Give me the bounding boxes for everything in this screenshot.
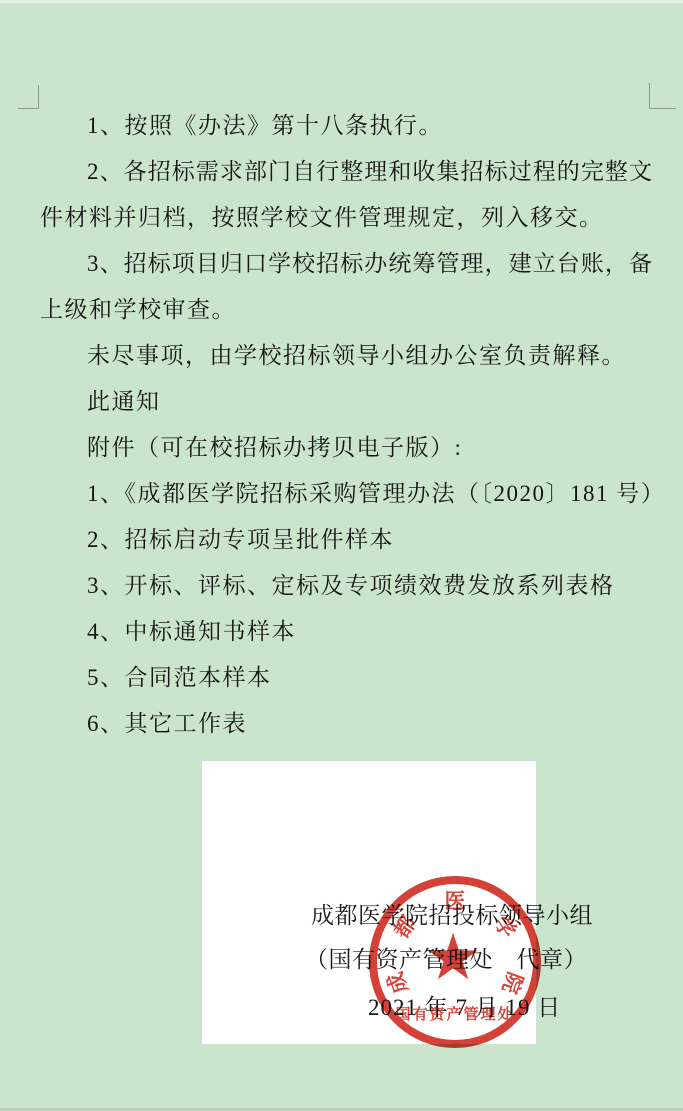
- seal-star-icon: ★: [424, 926, 481, 990]
- text-line: 2、各招标需求部门自行整理和收集招标过程的完整文: [40, 149, 652, 195]
- text-line: 此通知: [40, 379, 652, 425]
- document-body: 1、按照《办法》第十八条执行。2、各招标需求部门自行整理和收集招标过程的完整文件…: [40, 103, 652, 747]
- margin-crop-mark-top-left: [18, 85, 39, 109]
- text-line: 未尽事项，由学校招标领导小组办公室负责解释。: [40, 333, 652, 379]
- seal-bottom-text: 国有资产管理处: [395, 1003, 514, 1024]
- text-line: 2、招标启动专项呈批件样本: [40, 517, 652, 563]
- official-seal: ★ 成都医学院 国有资产管理处: [369, 876, 541, 1048]
- text-line: 上级和学校审查。: [40, 287, 652, 333]
- page-top-edge: [0, 0, 683, 3]
- text-line: 6、其它工作表: [40, 701, 652, 747]
- text-line: 件材料并归档，按照学校文件管理规定，列入移交。: [40, 195, 652, 241]
- text-line: 1、按照《办法》第十八条执行。: [40, 103, 652, 149]
- text-line: 3、招标项目归口学校招标办统筹管理，建立台账，备: [40, 241, 652, 287]
- text-line: 4、中标通知书样本: [40, 609, 652, 655]
- document-page: 1、按照《办法》第十八条执行。2、各招标需求部门自行整理和收集招标过程的完整文件…: [0, 0, 683, 1111]
- seal-arc-char: 医: [444, 890, 466, 912]
- text-line: 1、《成都医学院招标采购管理办法（〔2020〕181 号）: [40, 471, 652, 517]
- text-line: 3、开标、评标、定标及专项绩效费发放系列表格: [40, 563, 652, 609]
- margin-crop-mark-top-right: [649, 83, 676, 109]
- text-line: 附件（可在校招标办拷贝电子版）:: [40, 425, 652, 471]
- text-line: 5、合同范本样本: [40, 655, 652, 701]
